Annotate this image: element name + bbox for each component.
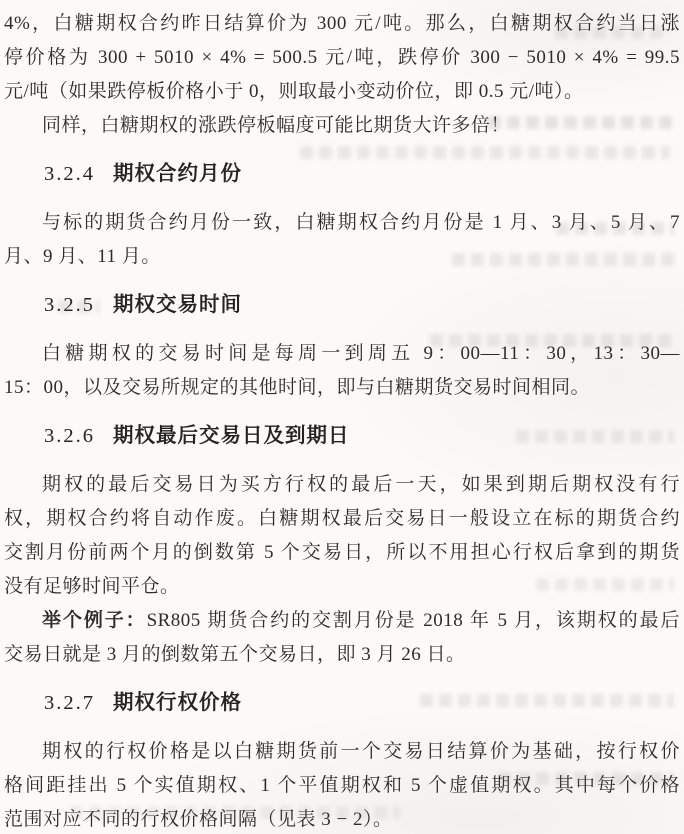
text-line: 与标的期货合约月份一致，白糖期权合约月份是 1 月、3 月、5 月、7 <box>4 206 680 240</box>
text-line: 交割月份前两个月的倒数第 5 个交易日，所以不用担心行权后拿到的期货 <box>4 536 680 570</box>
text-line: 权，期权合约将自动作废。白糖期权最后交易日一般设立在标的期货合约 <box>4 502 680 536</box>
page-showthrough-artifact <box>300 146 670 159</box>
text-line: 格间距挂出 5 个实值期权、1 个平值期权和 5 个虚值期权。其中每个价格 <box>4 769 680 803</box>
text-line: 15：00，以及交易所规定的其他时间，即与白糖期货交易时间相同。 <box>4 371 680 405</box>
text-line: 4%，白糖期权合约昨日结算价为 300 元/吨。那么，白糖期权合约当日涨 <box>4 7 680 41</box>
section-title: 期权最后交易日及到期日 <box>113 424 350 447</box>
section-heading-3-2-6: 3.2.6期权最后交易日及到期日 <box>4 422 680 449</box>
text-line: 元/吨（如果跌停板价格小于 0，则取最小变动价位，即 0.5 元/吨）。 <box>4 75 680 109</box>
section-heading-3-2-7: 3.2.7期权行权价格 <box>4 689 680 716</box>
section-number: 3.2.6 <box>44 425 95 447</box>
text-line: 期权的最后交易日为买方行权的最后一天，如果到期后期权没有行 <box>4 468 680 502</box>
text-line-example: 举个例子：SR805 期货合约的交割月份是 2018 年 5 月，该期权的最后 <box>4 604 680 638</box>
text-line: 月、9 月、11 月。 <box>4 240 680 274</box>
section-heading-3-2-4: 3.2.4期权合约月份 <box>4 160 680 187</box>
text-line: 期权的行权价格是以白糖期货前一个交易日结算价为基础，按行权价 <box>4 735 680 769</box>
text-line: 范围对应不同的行权价格间隔（见表 3 − 2）。 <box>4 803 680 834</box>
section-title: 期权行权价格 <box>113 691 242 714</box>
section-number: 3.2.7 <box>44 692 95 714</box>
example-lead-label: 举个例子： <box>42 610 147 631</box>
example-text: SR805 期货合约的交割月份是 2018 年 5 月，该期权的最后 <box>147 610 680 631</box>
text-line: 白糖期权的交易时间是每周一到周五 9：00—11：30，13：30— <box>4 337 680 371</box>
section-heading-3-2-5: 3.2.5期权交易时间 <box>4 291 680 318</box>
section-number: 3.2.4 <box>44 163 95 185</box>
text-line: 没有足够时间平仓。 <box>4 570 680 604</box>
section-title: 期权合约月份 <box>113 162 242 185</box>
section-title: 期权交易时间 <box>113 293 242 316</box>
scanned-book-page: 4%，白糖期权合约昨日结算价为 300 元/吨。那么，白糖期权合约当日涨 停价格… <box>0 0 684 834</box>
text-line: 停价格为 300 + 5010 × 4% = 500.5 元/吨，跌停价 300… <box>4 41 680 75</box>
section-number: 3.2.5 <box>44 294 95 316</box>
text-line: 同样，白糖期权的涨跌停板幅度可能比期货大许多倍！ <box>4 109 680 143</box>
text-line: 交易日就是 3 月的倒数第五个交易日，即 3 月 26 日。 <box>4 638 680 672</box>
